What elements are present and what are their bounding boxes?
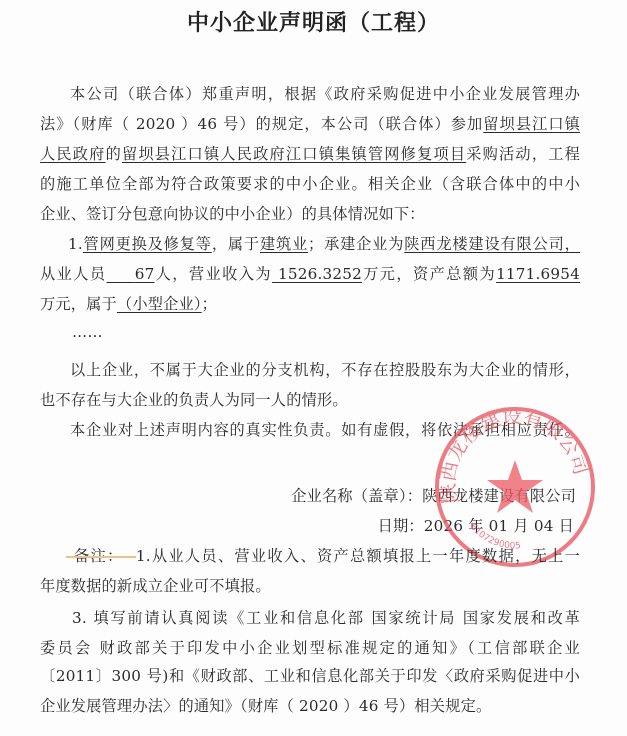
signature-date: 日期：2026 年 01 月 04 日 [40, 516, 574, 536]
note-line: 年度数据的新成立企业可不填报。 [40, 576, 580, 596]
project-name: 留坝县江口镇人民政府江口镇集镇管网修复项目 [122, 145, 466, 163]
note-line: 委员会 财政部关于印发中小企业划型标准规定的通知》（工信部联企业 [40, 638, 580, 658]
declaration-document: 中小企业声明函（工程） 本公司（联合体）郑重声明，根据《政府采购促进中小企业发展… [0, 0, 627, 736]
contractor-name: 陕西龙楼建设有限公司， [404, 235, 580, 253]
text: 人，营业收入为 [154, 265, 272, 283]
purchaser-name-cont: 人民政府 [40, 145, 106, 163]
purchaser-name: 留坝县江口镇 [483, 115, 580, 133]
date-month: 01 [489, 517, 509, 535]
date-day: 04 [534, 517, 554, 535]
text: ； [202, 295, 217, 313]
paragraph-line: 本公司（联合体）郑重声明，根据《政府采购促进中小企业发展管理办 [70, 84, 580, 104]
note-line: 〔2011〕300 号)和《财政部、工业和信息化部关于印发〈政府采购促进中小 [40, 666, 580, 686]
text: 法》（财库（ 2020 ）46 号）的规定，本公司（联合体）参加 [40, 115, 483, 133]
document-title: 中小企业声明函（工程） [0, 8, 627, 40]
note-line: 3. 填写前请认真阅读《工业和信息化部 国家统计局 国家发展和改革 [72, 608, 580, 628]
revenue-number: 1526.3252 [278, 265, 362, 283]
text: 采购活动，工程 [466, 145, 580, 163]
paragraph-line: 法》（财库（ 2020 ）46 号）的规定，本公司（联合体）参加留坝县江口镇 [40, 114, 580, 134]
text: 月 [513, 517, 528, 535]
statement-line: 以上企业，不属于大企业的分支机构，不存在控股股东为大企业的情形， [70, 360, 580, 380]
date-label: 日期： [378, 517, 424, 535]
text: 企业、签订分包意向协议的中小企业）的具体情况如下： [40, 205, 425, 223]
revenue-value: 1526.3252 [272, 264, 362, 284]
item-1-line: 万元，属于（小型企业）； [40, 294, 580, 314]
text: 本公司（联合体）郑重声明，根据《政府采购促进中小企业发展管理办 [70, 85, 580, 103]
assets-value: 1171.6954 [496, 265, 580, 283]
company-signature: 企业名称（盖章）：陕西龙楼建设有限公司 [40, 486, 576, 506]
text: 的施工单位全部为符合政策要求的中小企业。相关企业（含联合体中的中小 [40, 175, 580, 193]
note-line: 企业发展管理办法〉的通知》（财库（ 2020 ）46 号）相关规定。 [40, 696, 580, 716]
date-year: 2026 [424, 517, 463, 535]
text: 的 [106, 145, 122, 163]
text: 万元，资产总额为 [362, 265, 496, 283]
employees-value: 67 [106, 264, 154, 284]
employees-number: 67 [135, 265, 155, 283]
company-name: 陕西龙楼建设有限公司 [422, 487, 576, 505]
item-number: 1. [68, 235, 83, 253]
work-content: 管网更换及修复等 [83, 235, 212, 253]
statement-line: 也不存在与大企业的负责人为同一人的情形。 [40, 390, 580, 410]
company-label: 企业名称（盖章）： [291, 487, 422, 505]
item-1-line: 1.管网更换及修复等，属于建筑业；承建企业为陕西龙楼建设有限公司， [68, 234, 580, 254]
enterprise-type: （小型企业） [117, 295, 202, 313]
note-line: 备注： 1.从业人员、营业收入、资产总额填报上一年度数据，无上一 [74, 546, 580, 566]
paragraph-line: 人民政府的留坝县江口镇人民政府江口镇集镇管网修复项目采购活动，工程 [40, 144, 580, 164]
text: ，属于 [212, 235, 260, 253]
note-text: 1.从业人员、营业收入、资产总额填报上一年度数据，无上一 [136, 547, 580, 565]
statement-line: 本企业对上述声明内容的真实性负责。如有虚假，将依法承担相应责任。 [70, 420, 580, 440]
item-1-line: 从业人员 67人，营业收入为 1526.3252万元，资产总额为1171.695… [40, 264, 580, 284]
paragraph-line: 企业、签订分包意向协议的中小企业）的具体情况如下： [40, 204, 580, 224]
industry: 建筑业 [260, 235, 308, 253]
text: 从业人员 [40, 265, 106, 283]
text: 万元，属于 [40, 295, 117, 313]
highlight-mark [66, 556, 136, 558]
text: 日 [559, 517, 574, 535]
paragraph-line: 的施工单位全部为符合政策要求的中小企业。相关企业（含联合体中的中小 [40, 174, 580, 194]
text: 年 [468, 517, 483, 535]
ellipsis: …… [72, 322, 612, 342]
text: ；承建企业为 [308, 235, 404, 253]
